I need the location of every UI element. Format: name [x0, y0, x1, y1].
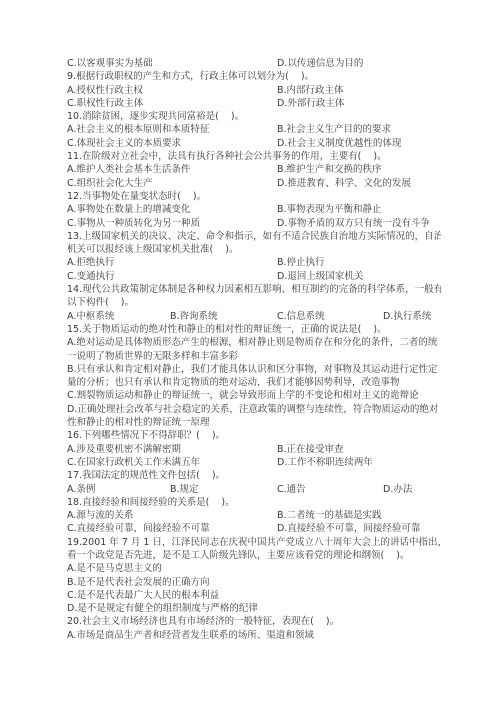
text-line: B.是不是代表社会发展的正确方向	[67, 576, 441, 589]
option-cell: C.在国家行政机关工作未满五年	[67, 456, 277, 469]
option-cell: C.信息系统	[277, 310, 383, 323]
text-segment: B.只有承认和肯定相对静止，我们才能具体认识和区分事物，对事物及其运动进行定性定	[67, 363, 441, 376]
text-line: 13.上级国家机关的决议、决定、命令和指示，如有不适合民族自治地方实际情况的，自…	[67, 230, 441, 243]
option-cell: A.源与流的关系	[67, 509, 277, 522]
text-line: C.职权性行政主体D.外部行政主体	[67, 97, 441, 110]
text-segment: B.是不是代表社会发展的正确方向	[67, 576, 441, 589]
text-segment: A.市场是商品生产者和经营者发生联系的场所、渠道和领域	[67, 629, 441, 642]
text-line: C.以客观事实为基础D.以传递信息为目的	[67, 57, 441, 70]
option-cell: B.内部行政主体	[277, 84, 441, 97]
text-line: 以下构件( )。	[67, 296, 441, 309]
option-cell: B.社会主义生产目的的要求	[277, 123, 441, 136]
exam-document: C.以客观事实为基础D.以传递信息为目的9.根据行政职权的产生和方式，行政主体可…	[0, 0, 499, 706]
text-segment: A.绝对运动是具体物质形态产生的根源，相对静止则是物质存在和分化的条件，二者的统	[67, 336, 441, 349]
text-segment: 15.关于物质运动的绝对性和静止的相对性的辩证统一，正确的说法是( )。	[67, 323, 441, 336]
text-line: C.是不是代表最广大人民的根本利益	[67, 589, 441, 602]
text-line: C.组织社会化大生产D.推进教育、科学、文化的发展	[67, 177, 441, 190]
option-cell: A.授权性行政主权	[67, 84, 277, 97]
option-cell: D.工作不称职连续两年	[277, 456, 441, 469]
text-segment: 性和静止的相对性的辩证统一原理	[67, 416, 441, 429]
text-line: C.事物从一种质转化为另一种质D.事物矛盾的双方只有统一没有斗争	[67, 217, 441, 230]
text-line: A.维护人类社会基本生活条件B.维护生产和交换的秩序	[67, 163, 441, 176]
text-segment: 11.在阶级对立社会中，法具有执行各种社会公共事务的作用，主要有( )。	[67, 150, 441, 163]
option-cell: B.停止执行	[277, 256, 441, 269]
text-line: 17.我国法定的规范性文件包括( )。	[67, 469, 441, 482]
text-segment: C.是不是代表最广大人民的根本利益	[67, 589, 441, 602]
text-line: 量的分析；也只有承认和肯定物质的绝对运动，我们才能够因势利导，改造事物	[67, 376, 441, 389]
option-cell: B.二者统一的基础是实践	[277, 509, 441, 522]
option-cell: C.体现社会主义的本质要求	[67, 137, 277, 150]
option-cell: A.涉及重要机密不满解密期	[67, 443, 277, 456]
text-line: D.是不是规定有健全的组织制度与严格的纪律	[67, 602, 441, 615]
text-line: A.是不是马克思主义的	[67, 562, 441, 575]
text-line: 看一个政党是否先进，是不是工人阶级先锋队，主要应该看党的理论和纲领( )。	[67, 549, 441, 562]
text-segment: 以下构件( )。	[67, 296, 441, 309]
option-cell: C.通告	[277, 483, 383, 496]
text-line: 性和静止的相对性的辩证统一原理	[67, 416, 441, 429]
option-cell: A.社会主义的根本原则和本质特征	[67, 123, 277, 136]
text-line: 19.2001 年 7 月 1 日，江泽民同志在庆祝中国共产党成立八十周年大会上…	[67, 536, 441, 549]
option-cell: A.拒绝执行	[67, 256, 277, 269]
text-line: 10.消除贫困，逐步实现共同富裕是( )。	[67, 110, 441, 123]
text-segment: D.正确处理社会改革与社会稳定的关系，注意政策的调整与连续性，符合物质运动的绝对	[67, 403, 441, 416]
text-line: A.授权性行政主权B.内部行政主体	[67, 84, 441, 97]
text-segment: 一说明了物质世界的无限多样和丰富多彩	[67, 350, 441, 363]
option-cell: D.退回上级国家机关	[277, 270, 441, 283]
option-cell: C.职权性行政主体	[67, 97, 277, 110]
option-cell: D.办法	[383, 483, 441, 496]
text-line: B.只有承认和肯定相对静止，我们才能具体认识和区分事物，对事物及其运动进行定性定	[67, 363, 441, 376]
text-segment: 9.根据行政职权的产生和方式，行政主体可以划分为( )。	[67, 70, 441, 83]
text-segment: 19.2001 年 7 月 1 日，江泽民同志在庆祝中国共产党成立八十周年大会上…	[67, 536, 441, 549]
option-cell: D.事物矛盾的双方只有统一没有斗争	[277, 217, 441, 230]
text-line: A.市场是商品生产者和经营者发生联系的场所、渠道和领域	[67, 629, 441, 642]
text-line: 机关可以报经该上级国家机关批准( )。	[67, 243, 441, 256]
text-segment: 18.直接经验和间接经验的关系是( )。	[67, 496, 441, 509]
text-line: C.直接经验可靠，间接经验不可靠D.直接经验不可靠，间接经验可靠	[67, 522, 441, 535]
text-line: 16.下列哪些情况下不得辞职？( )。	[67, 429, 441, 442]
text-line: A.涉及重要机密不满解密期B.正在接受审查	[67, 443, 441, 456]
text-segment: C.割裂物质运动和静止的辩证统一，就会导致形而上学的不变论和相对主义的诡辩论	[67, 389, 441, 402]
text-line: A.社会主义的根本原则和本质特征B.社会主义生产目的的要求	[67, 123, 441, 136]
option-cell: B.规定	[170, 483, 277, 496]
option-cell: D.以传递信息为目的	[277, 57, 441, 70]
text-line: A.源与流的关系B.二者统一的基础是实践	[67, 509, 441, 522]
text-line: 18.直接经验和间接经验的关系是( )。	[67, 496, 441, 509]
option-cell: D.外部行政主体	[277, 97, 441, 110]
option-cell: D.执行系统	[383, 310, 441, 323]
option-cell: C.以客观事实为基础	[67, 57, 277, 70]
text-segment: D.是不是规定有健全的组织制度与严格的纪律	[67, 602, 441, 615]
text-line: 20.社会主义市场经济也具有市场经济的一般特征，表现在( )。	[67, 615, 441, 628]
text-line: C.割裂物质运动和静止的辩证统一，就会导致形而上学的不变论和相对主义的诡辩论	[67, 389, 441, 402]
text-line: A.条例B.规定C.通告D.办法	[67, 483, 441, 496]
text-line: 12.当事物处在量变状态时( )。	[67, 190, 441, 203]
option-cell: C.直接经验可靠，间接经验不可靠	[67, 522, 277, 535]
text-segment: 量的分析；也只有承认和肯定物质的绝对运动，我们才能够因势利导，改造事物	[67, 376, 441, 389]
text-line: 15.关于物质运动的绝对性和静止的相对性的辩证统一，正确的说法是( )。	[67, 323, 441, 336]
text-segment: 14.现代公共政策制定体制是各种权力因素相互影响、相互制约的完备的科学体系，一般…	[67, 283, 441, 296]
option-cell: A.条例	[67, 483, 170, 496]
text-line: C.在国家行政机关工作未满五年D.工作不称职连续两年	[67, 456, 441, 469]
text-line: C.变通执行D.退回上级国家机关	[67, 270, 441, 283]
text-line: 14.现代公共政策制定体制是各种权力因素相互影响、相互制约的完备的科学体系，一般…	[67, 283, 441, 296]
text-segment: 12.当事物处在量变状态时( )。	[67, 190, 441, 203]
option-cell: D.直接经验不可靠，间接经验可靠	[277, 522, 441, 535]
text-segment: 20.社会主义市场经济也具有市场经济的一般特征，表现在( )。	[67, 615, 441, 628]
text-line: A.事物处在数量上的增减变化B.事物表现为平衡和静止	[67, 203, 441, 216]
option-cell: A.中枢系统	[67, 310, 170, 323]
text-segment: 看一个政党是否先进，是不是工人阶级先锋队，主要应该看党的理论和纲领( )。	[67, 549, 441, 562]
text-line: A.绝对运动是具体物质形态产生的根源，相对静止则是物质存在和分化的条件，二者的统	[67, 336, 441, 349]
text-line: C.体现社会主义的本质要求D.社会主义制度优越性的体现	[67, 137, 441, 150]
text-line: A.拒绝执行B.停止执行	[67, 256, 441, 269]
option-cell: A.事物处在数量上的增减变化	[67, 203, 277, 216]
option-cell: C.事物从一种质转化为另一种质	[67, 217, 277, 230]
option-cell: D.推进教育、科学、文化的发展	[277, 177, 441, 190]
option-cell: B.咨询系统	[170, 310, 277, 323]
option-cell: B.维护生产和交换的秩序	[277, 163, 441, 176]
option-cell: D.社会主义制度优越性的体现	[277, 137, 441, 150]
text-line: 一说明了物质世界的无限多样和丰富多彩	[67, 350, 441, 363]
text-segment: 17.我国法定的规范性文件包括( )。	[67, 469, 441, 482]
text-segment: 13.上级国家机关的决议、决定、命令和指示，如有不适合民族自治地方实际情况的，自…	[67, 230, 441, 243]
option-cell: C.组织社会化大生产	[67, 177, 277, 190]
text-line: 9.根据行政职权的产生和方式，行政主体可以划分为( )。	[67, 70, 441, 83]
text-segment: 16.下列哪些情况下不得辞职？( )。	[67, 429, 441, 442]
question-list: C.以客观事实为基础D.以传递信息为目的9.根据行政职权的产生和方式，行政主体可…	[67, 57, 441, 642]
text-segment: 机关可以报经该上级国家机关批准( )。	[67, 243, 441, 256]
option-cell: A.维护人类社会基本生活条件	[67, 163, 277, 176]
text-segment: 10.消除贫困，逐步实现共同富裕是( )。	[67, 110, 441, 123]
text-segment: A.是不是马克思主义的	[67, 562, 441, 575]
option-cell: C.变通执行	[67, 270, 277, 283]
option-cell: B.事物表现为平衡和静止	[277, 203, 441, 216]
text-line: A.中枢系统B.咨询系统C.信息系统D.执行系统	[67, 310, 441, 323]
text-line: D.正确处理社会改革与社会稳定的关系，注意政策的调整与连续性，符合物质运动的绝对	[67, 403, 441, 416]
option-cell: B.正在接受审查	[277, 443, 441, 456]
text-line: 11.在阶级对立社会中，法具有执行各种社会公共事务的作用，主要有( )。	[67, 150, 441, 163]
